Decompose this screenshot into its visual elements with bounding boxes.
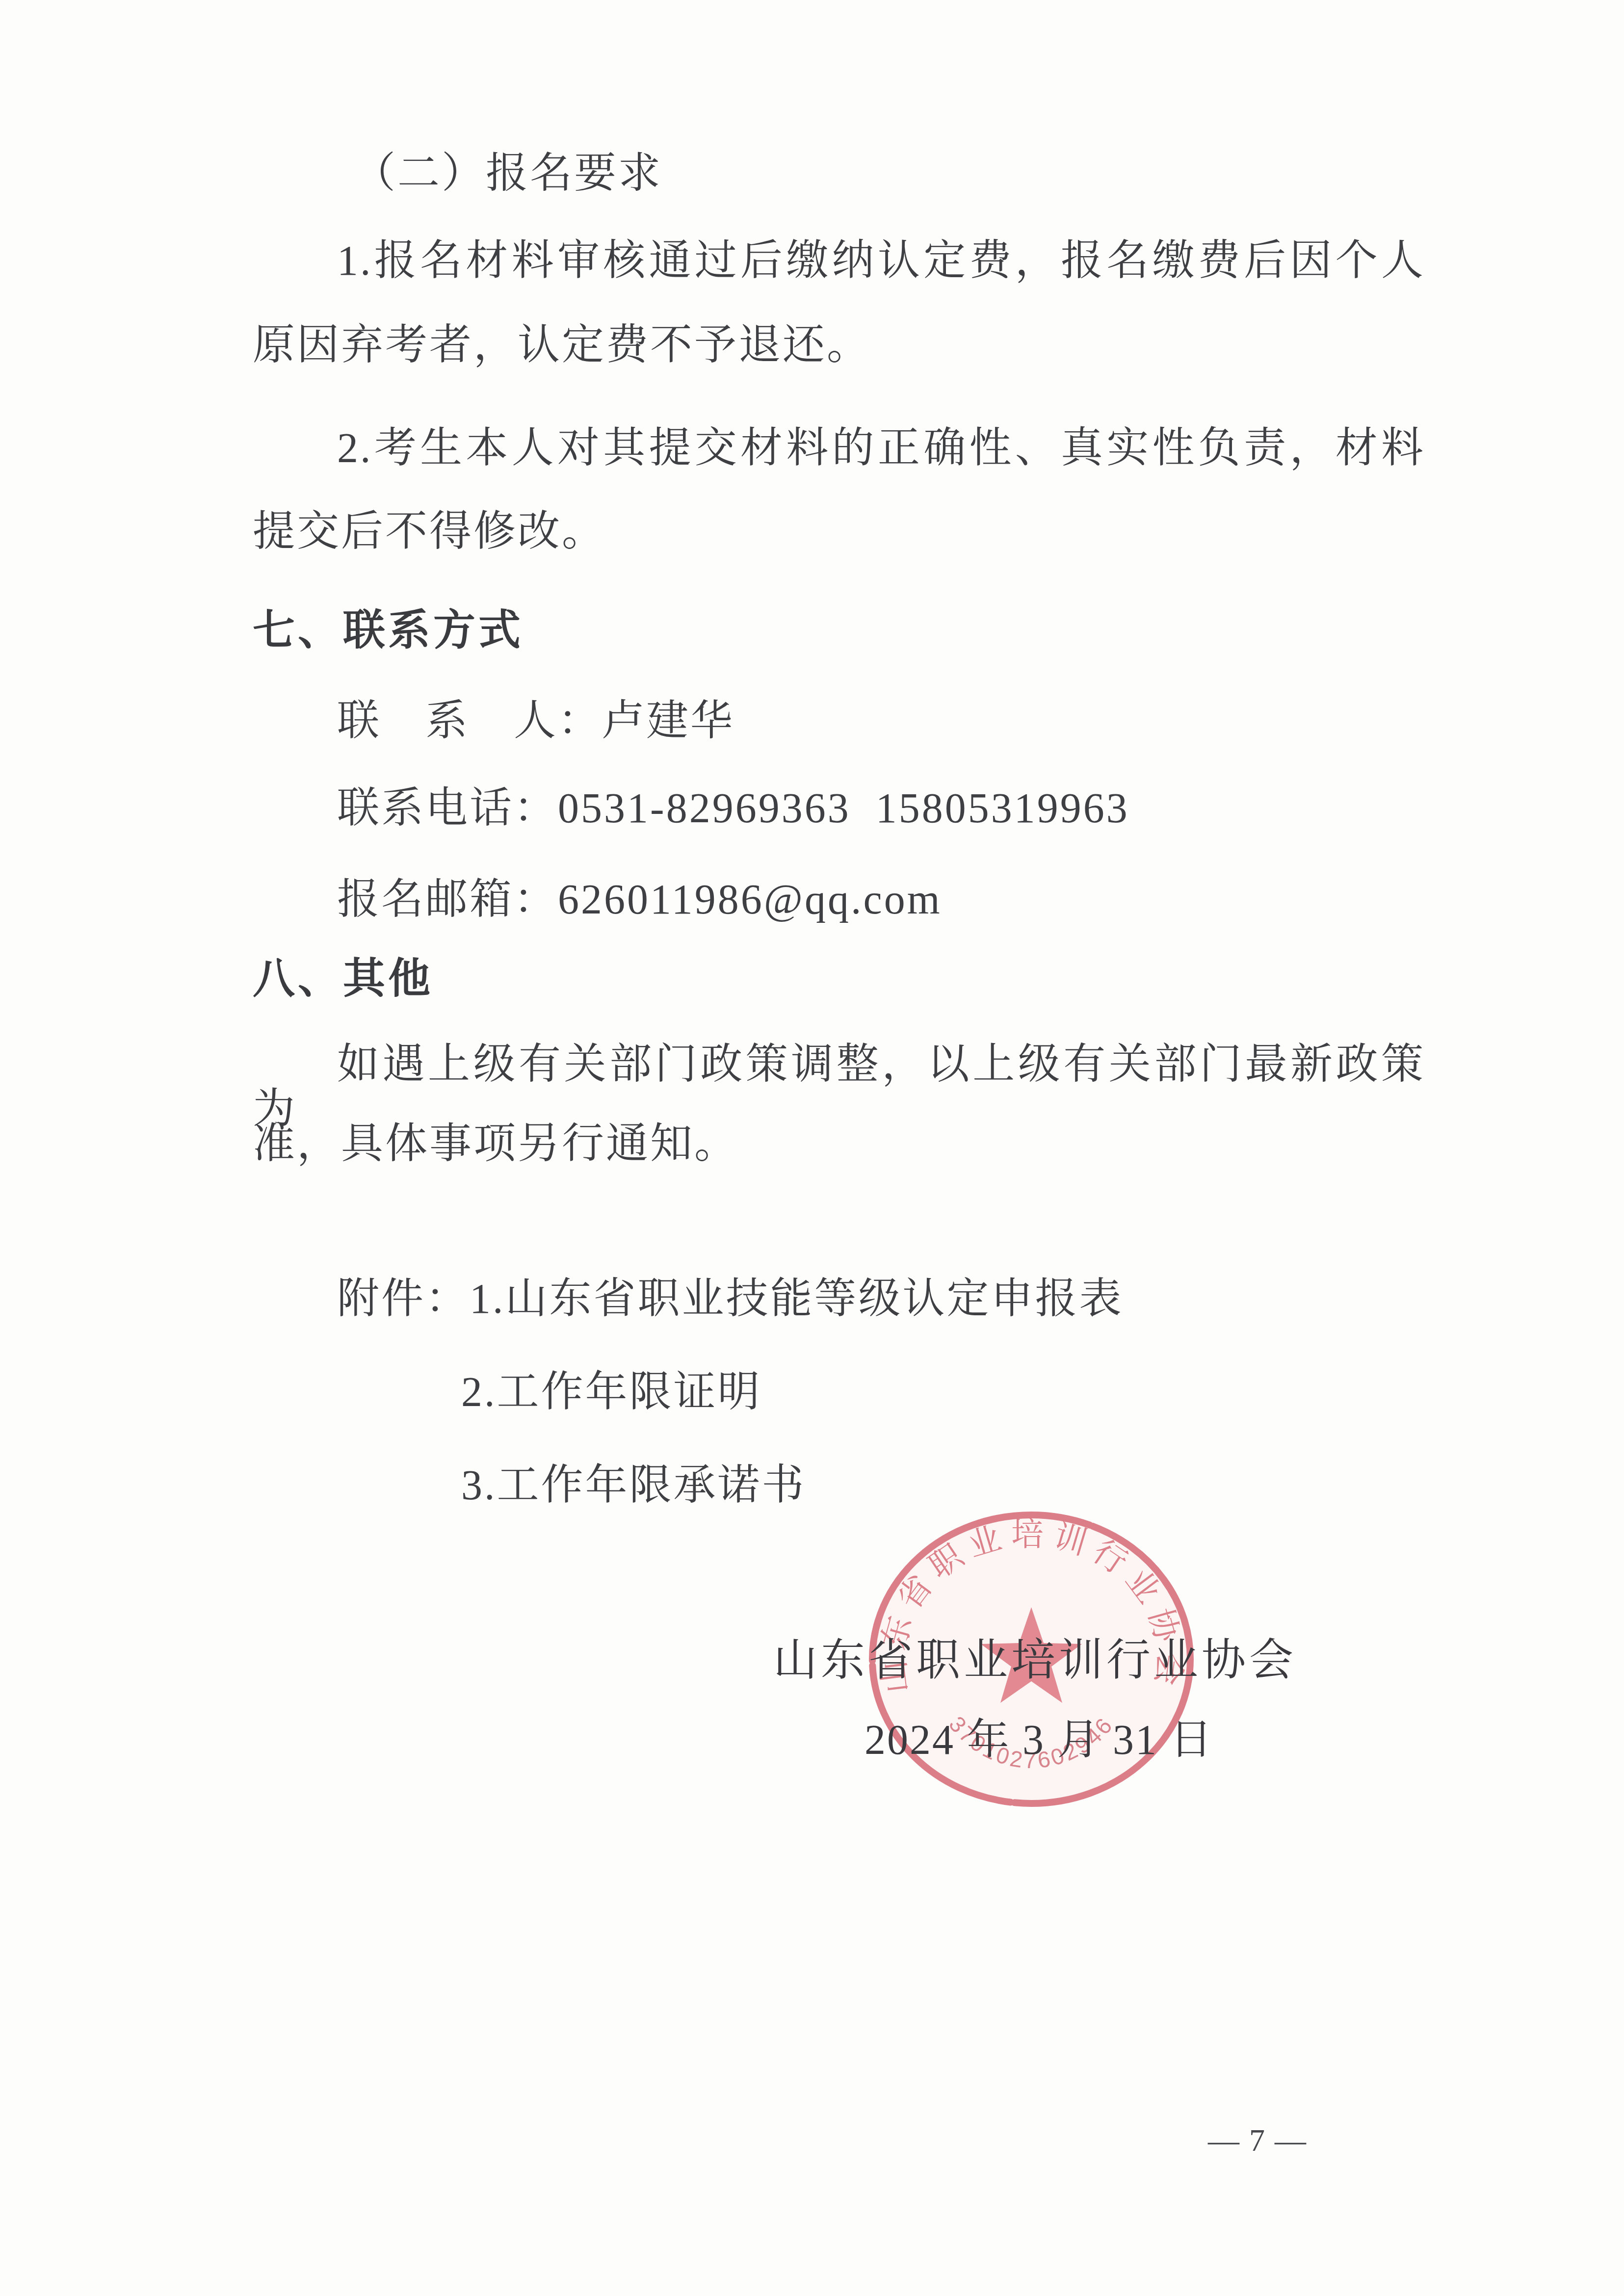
- contact-phone-line: 联系电话：0531-82969363 15805319963: [253, 786, 1425, 831]
- signature-org: 山东省职业培训行业协会: [773, 1624, 1297, 1688]
- signature-date: 2024 年 3 月 31 日: [864, 1705, 1214, 1766]
- document-page: （二）报名要求 1.报名材料审核通过后缴纳认定费，报名缴费后因个人 原因弃考者，…: [0, 0, 1624, 2296]
- subsection-heading: （二）报名要求: [253, 151, 1425, 196]
- para3-line2: 准，具体事项另行通知。: [253, 1122, 1425, 1166]
- section-heading-7: 七、联系方式: [253, 608, 1425, 653]
- para2-line2: 提交后不得修改。: [253, 509, 1425, 554]
- attachments-label-line: 附件：1.山东省职业技能等级认定申报表: [253, 1277, 1425, 1321]
- section-heading-8: 八、其他: [253, 957, 1425, 1001]
- para1-line2: 原因弃考者，认定费不予退还。: [253, 323, 1425, 367]
- contact-person-line: 联 系 人：卢建华: [253, 699, 1425, 743]
- page-number: — 7 —: [1208, 2122, 1307, 2159]
- para1-line1: 1.报名材料审核通过后缴纳认定费，报名缴费后因个人: [253, 238, 1425, 283]
- attachment-item: 2.工作年限证明: [253, 1370, 1624, 1414]
- contact-email-line: 报名邮箱：626011986@qq.com: [253, 877, 1425, 922]
- attachment-item: 3.工作年限承诺书: [253, 1463, 1624, 1508]
- para2-line1: 2.考生本人对其提交材料的正确性、真实性负责，材料: [253, 426, 1425, 470]
- para3-line1: 如遇上级有关部门政策调整，以上级有关部门最新政策为: [253, 1042, 1425, 1131]
